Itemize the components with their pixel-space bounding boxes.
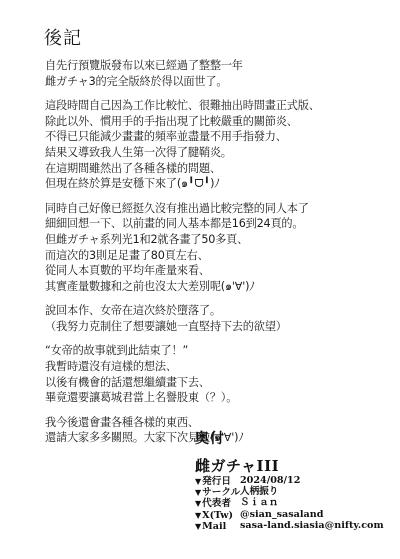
book-title: 雌ガチャIII (195, 458, 384, 474)
paragraph: 說回本作、女帝在這次終於墮落了。 （我努力克制住了想要讓她一直堅持下去的欲望） (45, 303, 365, 334)
text-line: 這段時間自己因為工作比較忙、很難抽出時間畫正式版、 (45, 98, 365, 114)
text-line: 結果又導致我人生第一次得了腱鞘炎。 (45, 145, 365, 161)
info-row-publish-date: ▼発行日 2024/08/12 (195, 476, 384, 487)
info-label: サークル (202, 487, 240, 498)
text-line: 說回本作、女帝在這次終於墮落了。 (45, 303, 365, 319)
text-line: 其實產量數據和之前也沒太大差別呢(๑'∀')ﾉ (45, 279, 365, 295)
info-row-mail: ▼Mail sasa-land.siasia@nifty.com (195, 521, 384, 532)
afterword-body: 自先行預覽版發布以來已經過了整整一年 雌ガチャ3的完全版終於得以面世了。 這段時… (45, 58, 365, 454)
triangle-marker-icon: ▼ (195, 487, 201, 497)
paragraph: “女帝的故事就到此結束了！” 我暫時還沒有這樣的想法、 以後有機會的話還想繼續畫… (45, 343, 365, 406)
text-line: 從同人本頁數的平均年產量來看、 (45, 263, 365, 279)
afterword-page: 後記 自先行預覽版發布以來已經過了整整一年 雌ガチャ3的完全版終於得以面世了。 … (0, 0, 400, 559)
text-line: 但雌ガチャ系列光1和2就各畫了50多頁、 (45, 232, 365, 248)
text-line: 自先行預覽版發布以來已經過了整整一年 (45, 58, 365, 74)
text-line: 同時自己好像已經挺久沒有推出過比較完整的同人本了 (45, 201, 365, 217)
triangle-marker-icon: ▼ (195, 498, 201, 508)
triangle-marker-icon: ▼ (195, 521, 201, 531)
paragraph: 同時自己好像已經挺久沒有推出過比較完整的同人本了 細細回想一下、以前畫的同人基本… (45, 201, 365, 295)
text-line: 不得已只能減少畫畫的頻率並盡量不用手指發力、 (45, 129, 365, 145)
colophon-info: ▼発行日 2024/08/12 ▼サークル 人柄振り ▼代表者 Ｓｉａｎ ▼X(… (195, 476, 384, 532)
text-line: （我努力克制住了想要讓她一直堅持下去的欲望） (45, 319, 365, 335)
info-value: Ｓｉａｎ (240, 498, 278, 509)
triangle-marker-icon: ▼ (195, 510, 201, 520)
info-row-representative: ▼代表者 Ｓｉａｎ (195, 498, 384, 509)
info-label: 代表者 (202, 498, 231, 509)
text-line: 我暫時還沒有這樣的想法、 (45, 359, 365, 375)
info-row-circle: ▼サークル 人柄振り (195, 487, 384, 498)
text-line: 畢竟還要讓葛城君當上名譽股東（？）。 (45, 390, 365, 406)
text-line: 除此以外、慣用手的手指出現了比較嚴重的關節炎、 (45, 114, 365, 130)
triangle-marker-icon: ▼ (195, 476, 201, 486)
text-line: 但現在終於算是安穩下來了(๑╹ᗜ╹)ﾉ (45, 176, 365, 192)
paragraph: 這段時間自己因為工作比較忙、很難抽出時間畫正式版、 除此以外、慣用手的手指出現了… (45, 98, 365, 192)
text-line: 而這次的3則足足畫了80頁左右、 (45, 248, 365, 264)
info-value: sasa-land.siasia@nifty.com (240, 521, 384, 532)
text-line: 細細回想一下、以前畫的同人基本都是16到24頁的。 (45, 216, 365, 232)
info-label: Mail (202, 521, 226, 532)
page-title: 後記 (44, 24, 82, 50)
colophon: 奥付 雌ガチャIII ▼発行日 2024/08/12 ▼サークル 人柄振り ▼代… (195, 428, 384, 532)
paragraph: 自先行預覽版發布以來已經過了整整一年 雌ガチャ3的完全版終於得以面世了。 (45, 58, 365, 89)
info-label: 発行日 (202, 476, 231, 487)
info-label: X(Tw) (202, 510, 233, 521)
text-line: 在這期間雖然出了各種各樣的問題、 (45, 161, 365, 177)
colophon-title: 奥付 (195, 428, 384, 448)
text-line: “女帝的故事就到此結束了！” (45, 343, 365, 359)
text-line: 雌ガチャ3的完全版終於得以面世了。 (45, 74, 365, 90)
text-line: 以後有機會的話還想繼續畫下去、 (45, 375, 365, 391)
